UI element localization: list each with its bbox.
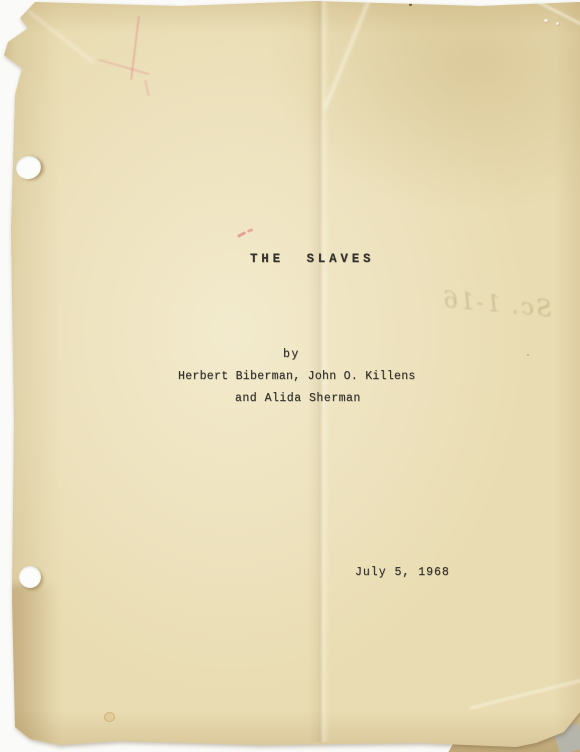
punch-hole-bottom	[19, 566, 41, 588]
red-scratch-mark-2	[99, 59, 150, 75]
embossed-speck-2	[556, 22, 559, 25]
top-left-crease	[27, 10, 94, 63]
paper-speck	[409, 3, 412, 6]
red-pencil-mark	[237, 231, 246, 237]
punch-hole-top	[14, 153, 44, 181]
red-scratch-mark-1	[130, 16, 140, 80]
authors-line-1: Herbert Biberman, John O. Killens	[178, 370, 416, 383]
byline: by	[283, 348, 300, 361]
bottom-right-crease	[469, 677, 580, 709]
top-diagonal-crease	[324, 0, 371, 108]
document-title: THE SLAVES	[250, 252, 374, 266]
scanned-page-container: Sc. 1-16 THE SLAVES by Herbert Biberman,…	[0, 0, 580, 752]
stain-spot	[104, 712, 115, 722]
top-right-fold-crease	[532, 0, 580, 28]
paper-shadow-wrapper: Sc. 1-16 THE SLAVES by Herbert Biberman,…	[0, 0, 580, 752]
bottom-left-stain-band	[10, 585, 68, 743]
authors-line-2: and Alida Sherman	[235, 392, 361, 405]
red-pencil-mark-2	[247, 228, 253, 232]
paper-speck-2	[527, 354, 529, 356]
document-page: Sc. 1-16 THE SLAVES by Herbert Biberman,…	[0, 0, 580, 752]
red-scratch-mark-3	[144, 80, 149, 96]
embossed-speck-1	[544, 19, 548, 22]
bleedthrough-handwriting: Sc. 1-16	[401, 284, 553, 323]
document-date: July 5, 1968	[355, 566, 450, 579]
